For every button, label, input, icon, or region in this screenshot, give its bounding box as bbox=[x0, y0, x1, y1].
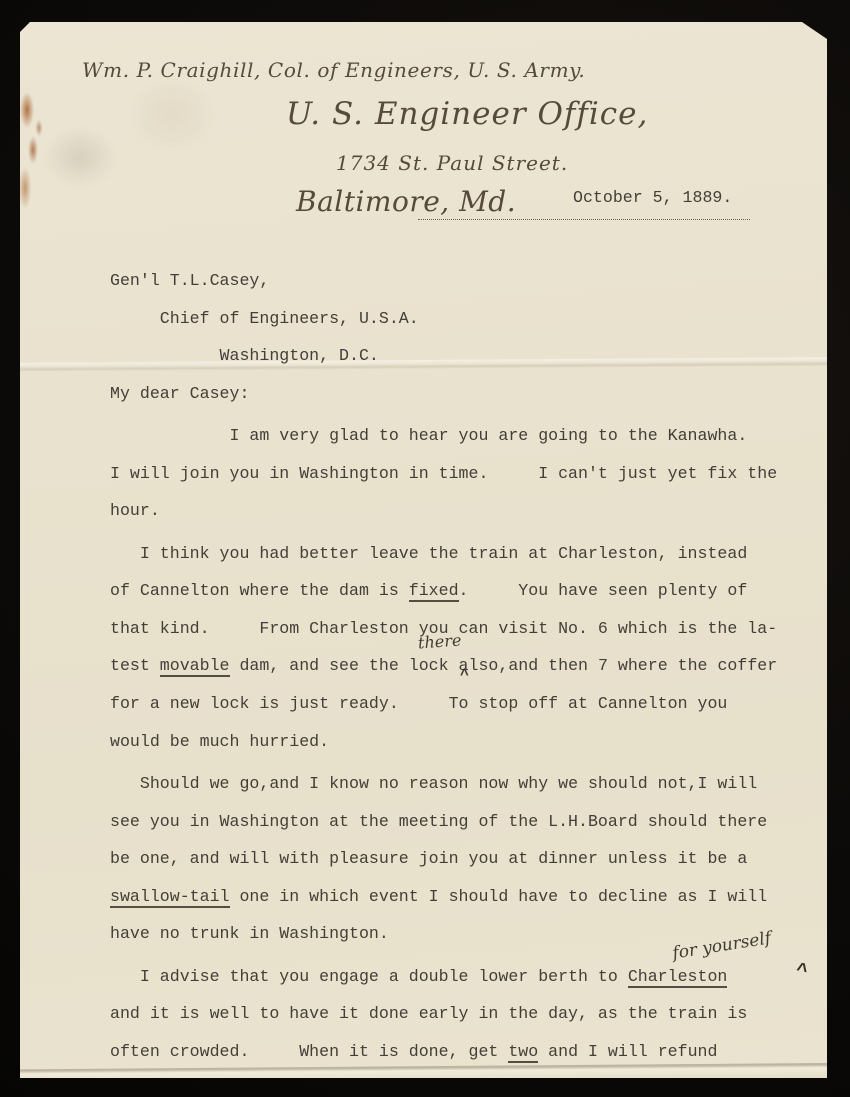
typed-text: and I will refund bbox=[538, 1042, 717, 1061]
letterhead-sender: Wm. P. Craighill, Col. of Engineers, U. … bbox=[82, 58, 585, 82]
body-line-3: hour. bbox=[110, 492, 810, 530]
typed-text: see you in Washington at the meeting of … bbox=[110, 812, 767, 831]
body-line-16: and it is well to have it done early in … bbox=[110, 995, 810, 1033]
underlined-word: swallow-tail bbox=[110, 887, 230, 908]
typed-text: dam, and see the lock also,and then 7 wh… bbox=[230, 656, 778, 675]
salutation: My dear Casey: bbox=[110, 375, 810, 413]
typed-text: . You have seen plenty of bbox=[459, 581, 748, 600]
underlined-word: fixed bbox=[409, 581, 459, 602]
typed-text: I am very glad to hear you are going to … bbox=[230, 426, 748, 445]
typed-text: for a new lock is just ready. To stop of… bbox=[110, 694, 727, 713]
body-line-4: I think you had better leave the train a… bbox=[110, 535, 810, 573]
scan-background: { "document_type": "scanned typewritten … bbox=[0, 0, 850, 1097]
body-line-1: I am very glad to hear you are going to … bbox=[110, 417, 810, 455]
recipient-line-3: Washington, D.C. bbox=[110, 337, 810, 375]
typed-text: Should we go,and I know no reason now wh… bbox=[140, 774, 757, 793]
insertion-caret: ^ bbox=[460, 666, 469, 683]
typed-text: test bbox=[110, 656, 160, 675]
typed-text: of Cannelton where the dam is bbox=[110, 581, 409, 600]
underlined-word: movable bbox=[160, 656, 230, 677]
typed-text: be one, and will with pleasure join you … bbox=[110, 849, 747, 868]
letterhead-date: October 5, 1889. bbox=[573, 188, 732, 207]
typed-text: Gen'l T.L.Casey, bbox=[110, 271, 269, 290]
typed-text: Washington, D.C. bbox=[220, 346, 379, 365]
typed-text: would be much hurried. bbox=[110, 732, 329, 751]
body-line-8: for a new lock is just ready. To stop of… bbox=[110, 685, 810, 723]
typed-text: I think you had better leave the train a… bbox=[140, 544, 747, 563]
typed-text: Chief of Engineers, U.S.A. bbox=[160, 309, 419, 328]
typed-text: My dear Casey: bbox=[110, 384, 249, 403]
recipient-line-1: Gen'l T.L.Casey, bbox=[110, 262, 810, 300]
body-line-10: Should we go,and I know no reason now wh… bbox=[110, 765, 810, 803]
typed-text: I will join you in Washington in time. I… bbox=[110, 464, 777, 483]
typed-text: I advise that you engage a double lower … bbox=[140, 967, 628, 986]
typed-text: often crowded. When it is done, get bbox=[110, 1042, 508, 1061]
letterhead-street: 1734 St. Paul Street. bbox=[336, 151, 568, 175]
letter-page: Wm. P. Craighill, Col. of Engineers, U. … bbox=[20, 22, 827, 1078]
typed-text: one in which event I should have to decl… bbox=[230, 887, 768, 906]
body-line-2: I will join you in Washington in time. I… bbox=[110, 455, 810, 493]
recipient-line-2: Chief of Engineers, U.S.A. bbox=[110, 300, 810, 338]
handwritten-insertion-there: there bbox=[417, 631, 462, 653]
typed-text: have no trunk in Washington. bbox=[110, 924, 389, 943]
body-line-11: see you in Washington at the meeting of … bbox=[110, 803, 810, 841]
underlined-word: Charleston bbox=[628, 967, 728, 988]
body-line-15: I advise that you engage a double lower … bbox=[110, 958, 810, 996]
underlined-word: two bbox=[508, 1042, 538, 1063]
letterhead-office: U. S. Engineer Office, bbox=[286, 96, 648, 132]
body-line-5: of Cannelton where the dam is fixed. You… bbox=[110, 572, 810, 610]
typed-text: hour. bbox=[110, 501, 160, 520]
typed-text: and it is well to have it done early in … bbox=[110, 1004, 747, 1023]
body-line-9: would be much hurried. bbox=[110, 723, 810, 761]
body-line-12: be one, and will with pleasure join you … bbox=[110, 840, 810, 878]
body-line-13: swallow-tail one in which event I should… bbox=[110, 878, 810, 916]
